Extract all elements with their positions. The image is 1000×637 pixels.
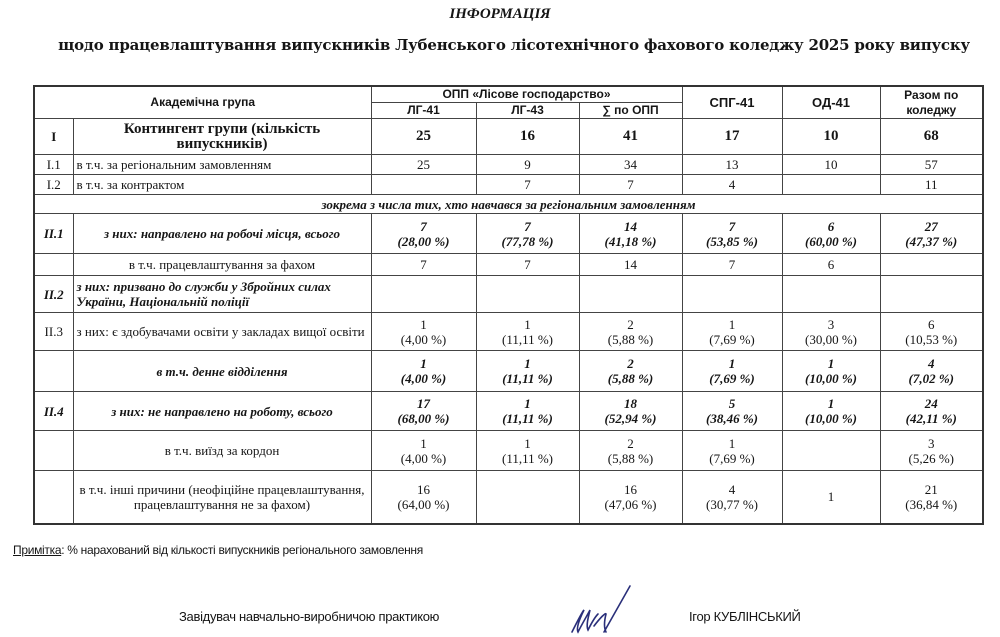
row-code: II.3 xyxy=(34,313,73,351)
row-label: в т.ч. виїзд за кордон xyxy=(73,431,371,471)
row-code xyxy=(34,254,73,276)
table-row: II.2з них: призвано до служби у Збройних… xyxy=(34,276,983,313)
value-cell: 1(7,69 %) xyxy=(682,431,782,471)
value-cell: 16(64,00 %) xyxy=(371,471,476,524)
row-code xyxy=(34,351,73,392)
count-value: 11 xyxy=(884,177,980,192)
value-cell xyxy=(782,175,880,195)
row-label: з них: направлено на робочі місця, всьог… xyxy=(73,214,371,254)
value-cell: 6 xyxy=(782,254,880,276)
value-cell: 34 xyxy=(579,155,682,175)
percent-value: (28,00 %) xyxy=(375,234,473,249)
header-col-lg43: ЛГ-43 xyxy=(476,103,579,119)
count-value: 13 xyxy=(686,157,779,172)
row-label: в т.ч. інші причини (неофіційне працевла… xyxy=(73,471,371,524)
table-row: I.1в т.ч. за регіональним замовленням259… xyxy=(34,155,983,175)
value-cell: 14(41,18 %) xyxy=(579,214,682,254)
value-cell: 11 xyxy=(880,175,983,195)
percent-value: (53,85 %) xyxy=(686,234,779,249)
value-cell: 14 xyxy=(579,254,682,276)
count-value: 1 xyxy=(786,396,877,411)
percent-value: (11,11 %) xyxy=(480,411,576,426)
value-cell xyxy=(782,431,880,471)
percent-value: (38,46 %) xyxy=(686,411,779,426)
count-value: 2 xyxy=(583,436,679,451)
count-value: 10 xyxy=(786,157,877,172)
value-cell: 68 xyxy=(880,119,983,155)
table-row: в т.ч. інші причини (неофіційне працевла… xyxy=(34,471,983,524)
percent-value: (7,02 %) xyxy=(884,371,980,386)
signature-icon xyxy=(560,582,640,637)
count-value: 1 xyxy=(786,356,877,371)
signer-name: Ігор КУБЛІНСЬКИЙ xyxy=(689,609,801,624)
count-value: 18 xyxy=(583,396,679,411)
row-label: в т.ч. за регіональним замовленням xyxy=(73,155,371,175)
row-label: з них: не направлено на роботу, всього xyxy=(73,392,371,431)
value-cell: 1(4,00 %) xyxy=(371,351,476,392)
header-col-sum-opp: ∑ по ОПП xyxy=(579,103,682,119)
count-value: 21 xyxy=(884,482,980,497)
percent-value: (11,11 %) xyxy=(480,451,576,466)
count-value: 68 xyxy=(884,129,980,144)
count-value: 6 xyxy=(786,257,877,272)
count-value: 16 xyxy=(480,129,576,144)
row-code xyxy=(34,431,73,471)
footnote: Примітка: % нарахований від кількості ви… xyxy=(13,543,423,557)
percent-value: (7,69 %) xyxy=(686,451,779,466)
document-title: ІНФОРМАЦІЯ xyxy=(0,6,1000,23)
value-cell: 4 xyxy=(682,175,782,195)
table-row: IКонтингент групи (кількість випускників… xyxy=(34,119,983,155)
value-cell: 1(11,11 %) xyxy=(476,351,579,392)
percent-value: (30,77 %) xyxy=(686,497,779,512)
percent-value: (4,00 %) xyxy=(375,371,473,386)
header-col-total: Разом по коледжу xyxy=(880,86,983,119)
count-value: 25 xyxy=(375,157,473,172)
count-value: 7 xyxy=(480,177,576,192)
value-cell xyxy=(880,276,983,313)
row-label: в т.ч. денне відділення xyxy=(73,351,371,392)
value-cell: 24(42,11 %) xyxy=(880,392,983,431)
value-cell: 2(5,88 %) xyxy=(579,431,682,471)
count-value: 1 xyxy=(480,356,576,371)
value-cell: 1(4,00 %) xyxy=(371,431,476,471)
value-cell: 6(60,00 %) xyxy=(782,214,880,254)
footnote-label: Примітка xyxy=(13,543,61,557)
value-cell: 1(11,11 %) xyxy=(476,431,579,471)
value-cell: 4(30,77 %) xyxy=(682,471,782,524)
percent-value: (4,00 %) xyxy=(375,332,473,347)
row-code: I.2 xyxy=(34,175,73,195)
footnote-text: : % нарахований від кількості випускникі… xyxy=(61,543,423,557)
percent-value: (7,69 %) xyxy=(686,332,779,347)
count-value: 1 xyxy=(786,489,877,504)
percent-value: (10,00 %) xyxy=(786,411,877,426)
value-cell: 10 xyxy=(782,155,880,175)
percent-value: (36,84 %) xyxy=(884,497,980,512)
count-value: 7 xyxy=(686,219,779,234)
value-cell: 7(77,78 %) xyxy=(476,214,579,254)
value-cell: 57 xyxy=(880,155,983,175)
count-value: 10 xyxy=(786,129,877,144)
value-cell: 7 xyxy=(371,254,476,276)
value-cell xyxy=(476,276,579,313)
value-cell: 13 xyxy=(682,155,782,175)
count-value: 3 xyxy=(786,317,877,332)
count-value: 16 xyxy=(583,482,679,497)
count-value: 41 xyxy=(583,129,679,144)
value-cell xyxy=(880,254,983,276)
header-col-spg41: СПГ-41 xyxy=(682,86,782,119)
value-cell: 16(47,06 %) xyxy=(579,471,682,524)
count-value: 24 xyxy=(884,396,980,411)
value-cell: 10 xyxy=(782,119,880,155)
count-value: 1 xyxy=(375,317,473,332)
percent-value: (41,18 %) xyxy=(583,234,679,249)
count-value: 1 xyxy=(375,356,473,371)
value-cell xyxy=(682,276,782,313)
percent-value: (47,06 %) xyxy=(583,497,679,512)
value-cell xyxy=(579,276,682,313)
value-cell: 1(11,11 %) xyxy=(476,313,579,351)
value-cell: 7(28,00 %) xyxy=(371,214,476,254)
value-cell: 7(53,85 %) xyxy=(682,214,782,254)
percent-value: (52,94 %) xyxy=(583,411,679,426)
table-row: II.3з них: є здобувачами освіти у заклад… xyxy=(34,313,983,351)
value-cell: 2(5,88 %) xyxy=(579,351,682,392)
percent-value: (4,00 %) xyxy=(375,451,473,466)
count-value: 1 xyxy=(375,436,473,451)
signer-position: Завідувач навчально-виробничою практикою xyxy=(179,609,439,624)
count-value: 7 xyxy=(583,177,679,192)
value-cell: 1(7,69 %) xyxy=(682,351,782,392)
count-value: 17 xyxy=(686,129,779,144)
value-cell: 16 xyxy=(476,119,579,155)
percent-value: (5,88 %) xyxy=(583,451,679,466)
value-cell xyxy=(476,471,579,524)
row-label: з них: є здобувачами освіти у закладах в… xyxy=(73,313,371,351)
section-caption-row: зокрема з числа тих, хто навчався за рег… xyxy=(34,195,983,214)
value-cell: 1(10,00 %) xyxy=(782,351,880,392)
row-code: II.2 xyxy=(34,276,73,313)
percent-value: (7,69 %) xyxy=(686,371,779,386)
value-cell: 17 xyxy=(682,119,782,155)
percent-value: (11,11 %) xyxy=(480,332,576,347)
value-cell: 21(36,84 %) xyxy=(880,471,983,524)
percent-value: (10,53 %) xyxy=(884,332,980,347)
count-value: 1 xyxy=(686,317,779,332)
value-cell: 2(5,88 %) xyxy=(579,313,682,351)
value-cell: 7 xyxy=(476,175,579,195)
percent-value: (10,00 %) xyxy=(786,371,877,386)
value-cell: 9 xyxy=(476,155,579,175)
count-value: 14 xyxy=(583,257,679,272)
header-academic-group: Академічна група xyxy=(34,86,371,119)
count-value: 7 xyxy=(686,257,779,272)
value-cell: 3(5,26 %) xyxy=(880,431,983,471)
document-subtitle: щодо працевлаштування випускників Лубенс… xyxy=(28,36,1000,54)
count-value: 1 xyxy=(686,356,779,371)
count-value: 16 xyxy=(375,482,473,497)
percent-value: (60,00 %) xyxy=(786,234,877,249)
value-cell: 41 xyxy=(579,119,682,155)
table-row: II.4з них: не направлено на роботу, всьо… xyxy=(34,392,983,431)
value-cell: 1 xyxy=(782,471,880,524)
value-cell: 1(7,69 %) xyxy=(682,313,782,351)
value-cell: 7 xyxy=(579,175,682,195)
value-cell xyxy=(371,175,476,195)
row-code: II.1 xyxy=(34,214,73,254)
employment-table: Академічна група ОПП «Лісове господарств… xyxy=(33,85,984,525)
count-value: 7 xyxy=(480,257,576,272)
count-value: 6 xyxy=(884,317,980,332)
value-cell: 1(10,00 %) xyxy=(782,392,880,431)
count-value: 34 xyxy=(583,157,679,172)
percent-value: (68,00 %) xyxy=(375,411,473,426)
percent-value: (5,88 %) xyxy=(583,371,679,386)
row-code: I.1 xyxy=(34,155,73,175)
table-row: I.2в т.ч. за контрактом77411 xyxy=(34,175,983,195)
section-caption: зокрема з числа тих, хто навчався за рег… xyxy=(34,195,983,214)
value-cell xyxy=(371,276,476,313)
value-cell: 17(68,00 %) xyxy=(371,392,476,431)
value-cell: 25 xyxy=(371,155,476,175)
row-label: в т.ч. працевлаштування за фахом xyxy=(73,254,371,276)
count-value: 57 xyxy=(884,157,980,172)
count-value: 4 xyxy=(686,177,779,192)
count-value: 2 xyxy=(583,356,679,371)
percent-value: (42,11 %) xyxy=(884,411,980,426)
row-code: II.4 xyxy=(34,392,73,431)
value-cell: 3(30,00 %) xyxy=(782,313,880,351)
table-row: II.1з них: направлено на робочі місця, в… xyxy=(34,214,983,254)
count-value: 1 xyxy=(480,396,576,411)
count-value: 4 xyxy=(686,482,779,497)
value-cell: 4(7,02 %) xyxy=(880,351,983,392)
value-cell: 7 xyxy=(476,254,579,276)
table-row: в т.ч. виїзд за кордон1(4,00 %)1(11,11 %… xyxy=(34,431,983,471)
count-value: 2 xyxy=(583,317,679,332)
value-cell: 5(38,46 %) xyxy=(682,392,782,431)
count-value: 6 xyxy=(786,219,877,234)
percent-value: (5,88 %) xyxy=(583,332,679,347)
percent-value: (64,00 %) xyxy=(375,497,473,512)
count-value: 1 xyxy=(480,317,576,332)
table-row: в т.ч. денне відділення1(4,00 %)1(11,11 … xyxy=(34,351,983,392)
row-label: в т.ч. за контрактом xyxy=(73,175,371,195)
value-cell: 25 xyxy=(371,119,476,155)
row-code xyxy=(34,471,73,524)
header-col-od41: ОД-41 xyxy=(782,86,880,119)
count-value: 27 xyxy=(884,219,980,234)
count-value: 4 xyxy=(884,356,980,371)
value-cell: 6(10,53 %) xyxy=(880,313,983,351)
percent-value: (11,11 %) xyxy=(480,371,576,386)
count-value: 1 xyxy=(480,436,576,451)
count-value: 17 xyxy=(375,396,473,411)
header-opp: ОПП «Лісове господарство» xyxy=(371,86,682,103)
count-value: 3 xyxy=(884,436,980,451)
count-value: 7 xyxy=(480,219,576,234)
value-cell: 1(11,11 %) xyxy=(476,392,579,431)
row-label: Контингент групи (кількість випускників) xyxy=(73,119,371,155)
percent-value: (77,78 %) xyxy=(480,234,576,249)
count-value: 9 xyxy=(480,157,576,172)
count-value: 25 xyxy=(375,129,473,144)
count-value: 7 xyxy=(375,257,473,272)
table-row: в т.ч. працевлаштування за фахом771476 xyxy=(34,254,983,276)
percent-value: (30,00 %) xyxy=(786,332,877,347)
count-value: 5 xyxy=(686,396,779,411)
count-value: 1 xyxy=(686,436,779,451)
percent-value: (5,26 %) xyxy=(884,451,980,466)
row-code: I xyxy=(34,119,73,155)
count-value: 14 xyxy=(583,219,679,234)
row-label: з них: призвано до служби у Збройних сил… xyxy=(73,276,371,313)
value-cell: 27(47,37 %) xyxy=(880,214,983,254)
percent-value: (47,37 %) xyxy=(884,234,980,249)
header-col-lg41: ЛГ-41 xyxy=(371,103,476,119)
value-cell: 7 xyxy=(682,254,782,276)
value-cell: 18(52,94 %) xyxy=(579,392,682,431)
value-cell: 1(4,00 %) xyxy=(371,313,476,351)
value-cell xyxy=(782,276,880,313)
count-value: 7 xyxy=(375,219,473,234)
